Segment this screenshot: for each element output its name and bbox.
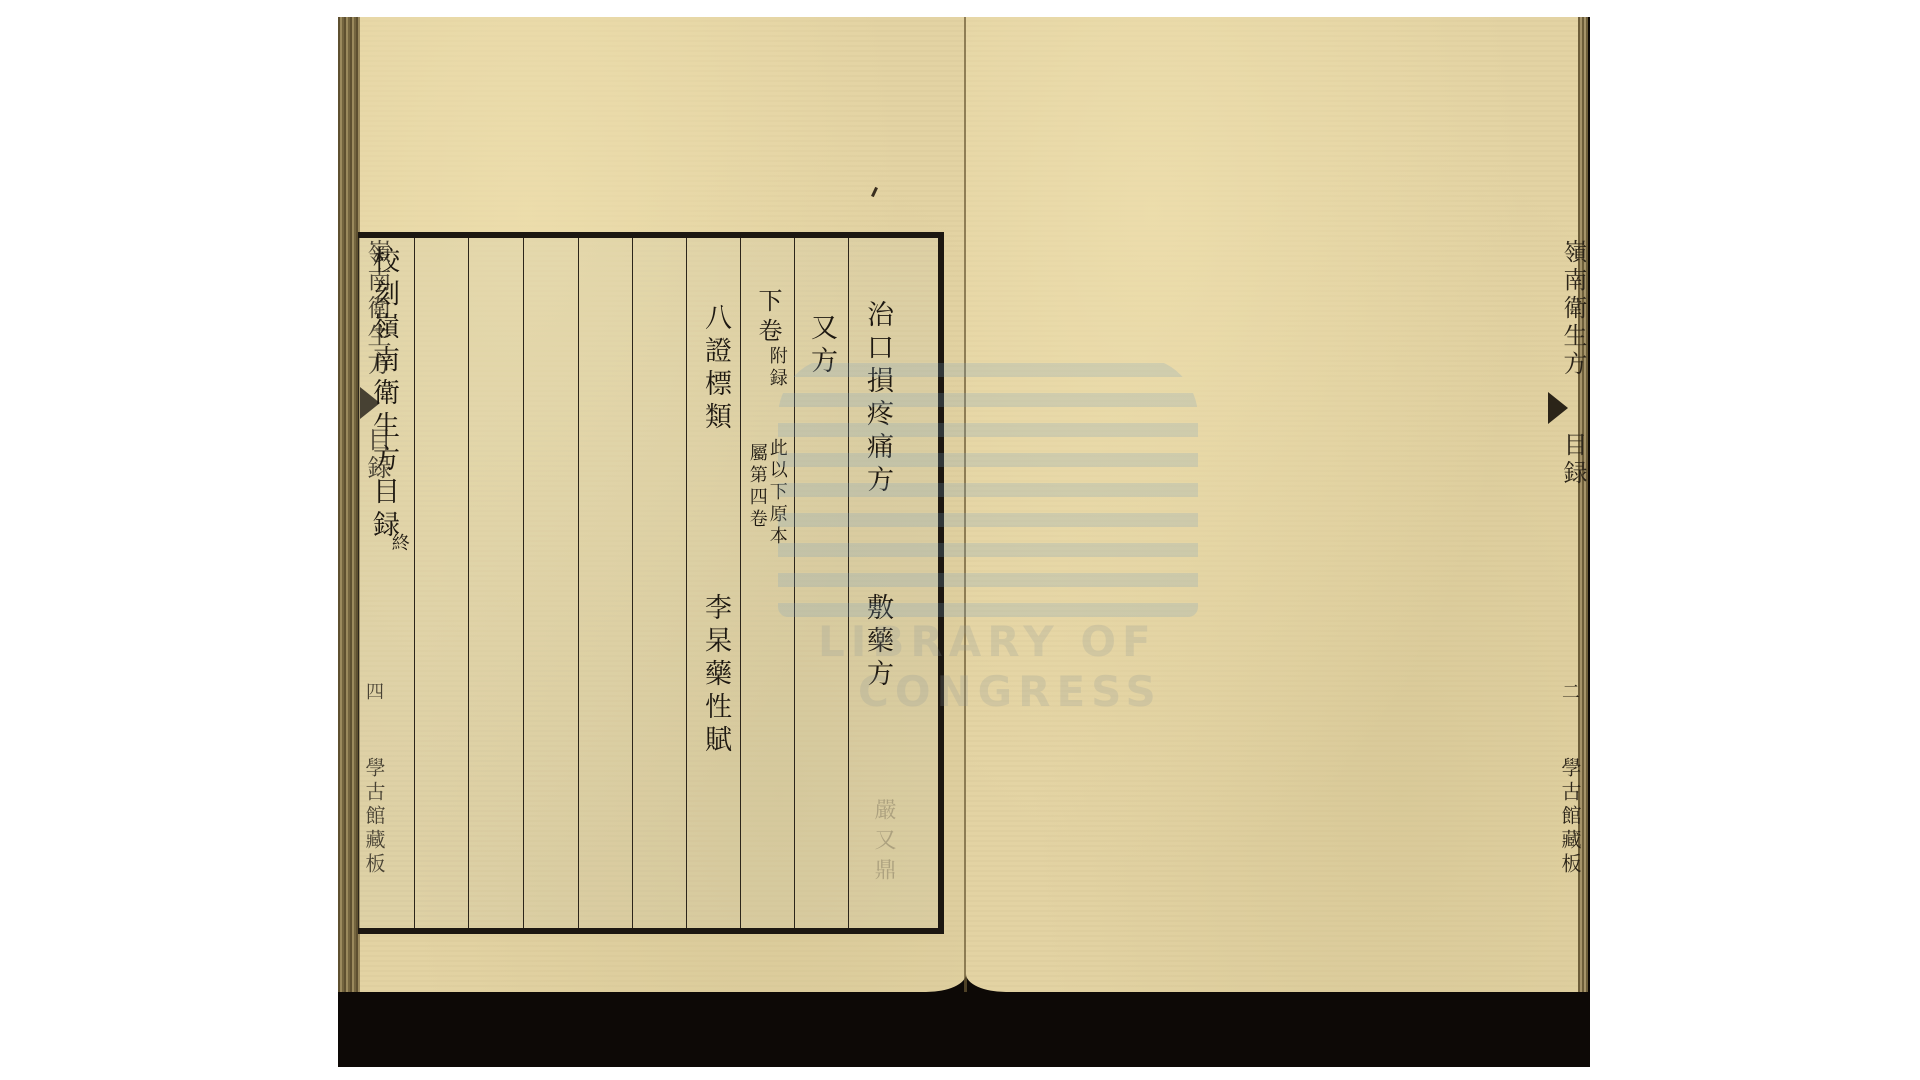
right-spine-publisher: 學古館藏板 xyxy=(1556,757,1585,877)
right-spine-section: 目録 xyxy=(1556,432,1590,488)
toc-end-title: 校刻嶺南衛生方目録 xyxy=(370,246,397,543)
volume-heading: 下卷 xyxy=(756,288,780,348)
column-rule xyxy=(740,238,741,928)
column-rule xyxy=(523,238,524,928)
watermark-text: CONGRESS xyxy=(858,667,1162,716)
right-spine-title: 嶺南衛生方 xyxy=(1556,239,1590,379)
column-rule xyxy=(632,238,633,928)
toc-entry: 李杲藥性賦 xyxy=(702,593,729,758)
volume-note: 附録 xyxy=(766,346,787,390)
right-spine-page-number: 二 xyxy=(1556,682,1582,704)
toc-end-mark: 終 xyxy=(388,533,409,555)
toc-entry: 八證標類 xyxy=(702,303,729,435)
faded-text: 嚴又鼎 xyxy=(868,798,899,888)
column-rule xyxy=(468,238,469,928)
watermark-text: LIBRARY OF xyxy=(818,617,1157,666)
column-rule xyxy=(578,238,579,928)
library-watermark xyxy=(778,357,1198,617)
left-page-edge xyxy=(338,17,360,992)
column-rule xyxy=(414,238,415,928)
fishtail-mark-icon xyxy=(1548,392,1568,424)
column-rule xyxy=(686,238,687,928)
volume-note: 屬第四卷 xyxy=(746,443,767,531)
column-rule xyxy=(358,238,359,928)
book-scan: 嶺南衛生方 目録 四 學古館藏板 治口損疼痛方 敷藥方 嚴又鼎 又方 下卷 附録… xyxy=(338,17,1590,1067)
paper-speck xyxy=(871,187,878,197)
